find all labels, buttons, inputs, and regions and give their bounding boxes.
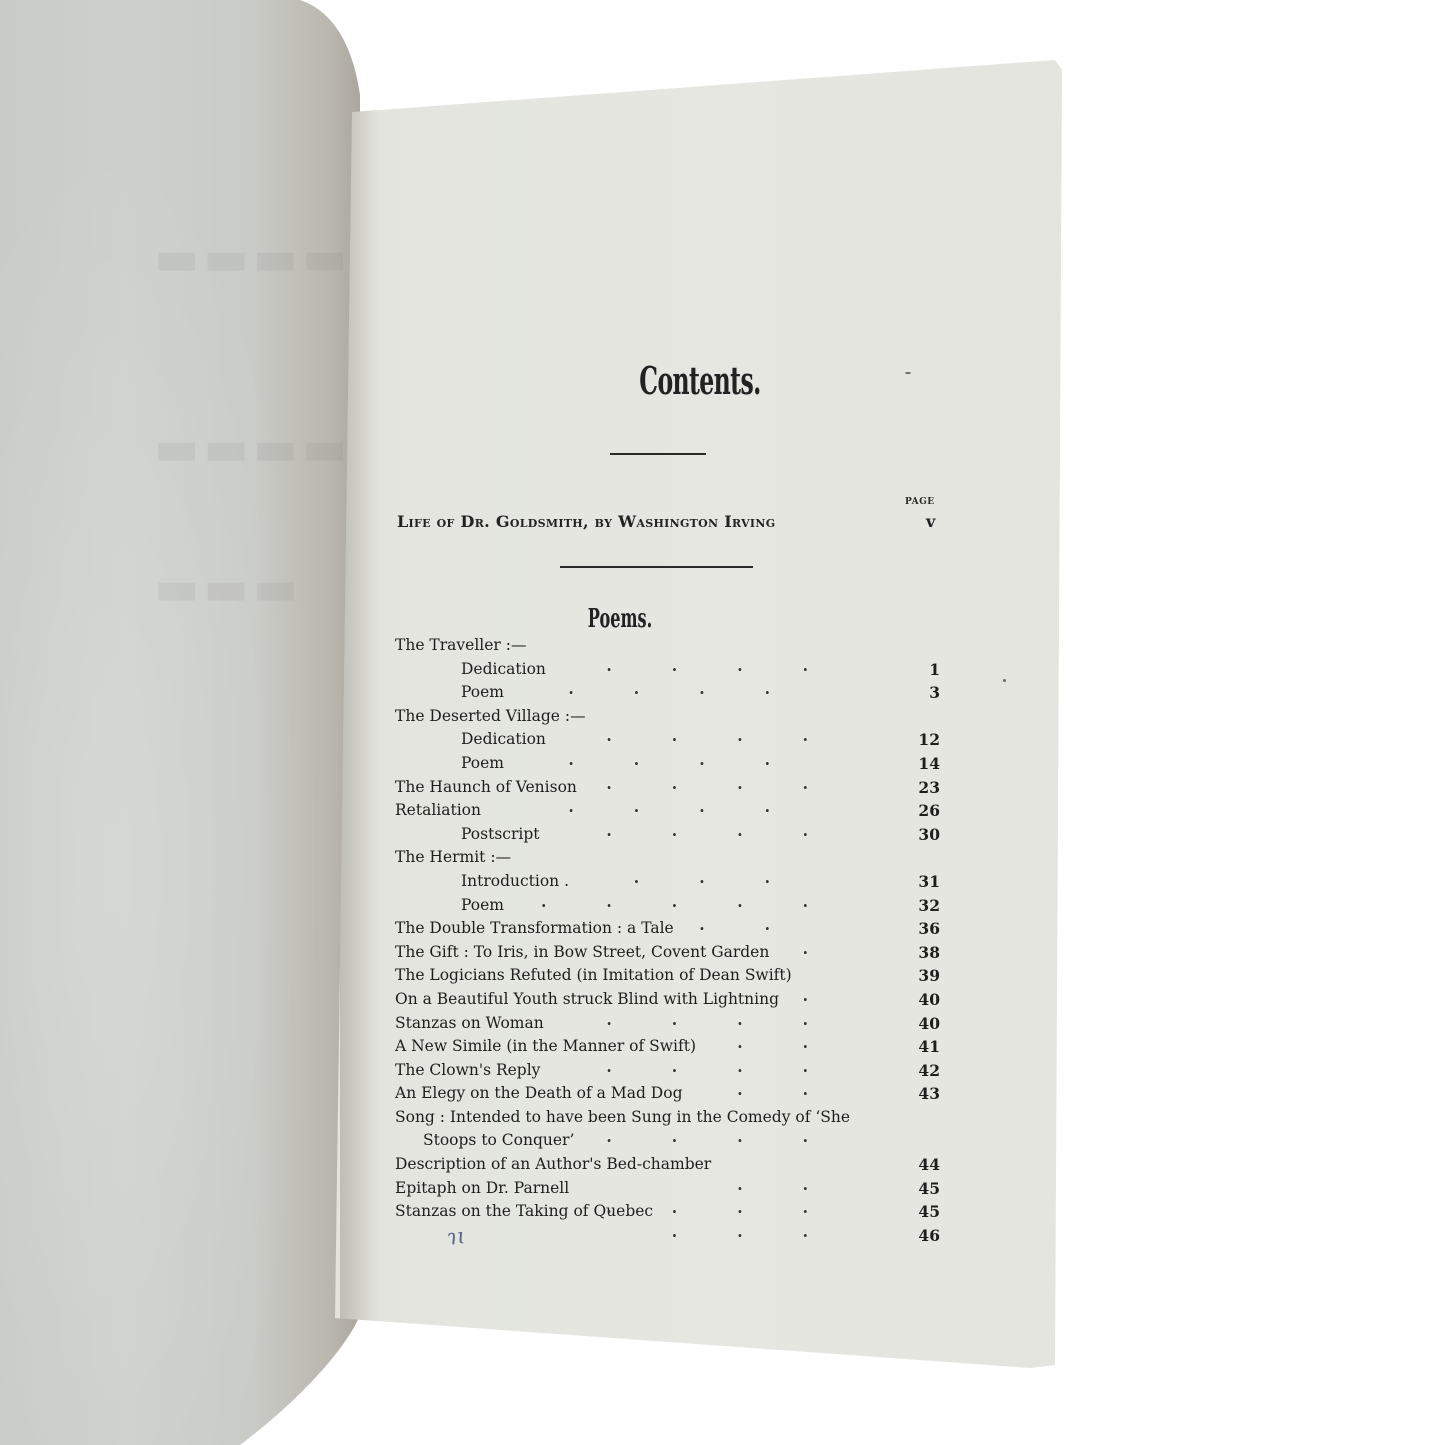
divider-rule [560,566,753,568]
toc-entry: Stanzas on Woman····40 [395,1012,940,1036]
leader-dots: ···· [606,658,868,682]
contents-heading: Contents. [607,358,793,403]
toc-entry: The Gift : To Iris, in Bow Street, Coven… [395,941,940,965]
toc-entry: Stoops to Conquer’···· [395,1129,940,1153]
toc-entry: Poem·····32 [395,894,940,918]
toc-entry-page: 42 [900,1059,940,1083]
leader-dots: ·· [737,1177,868,1201]
toc-entry-page: 26 [900,799,940,823]
toc-entry: The Clown's Reply····42 [395,1059,940,1083]
toc-entry-title: The Clown's Reply [395,1059,540,1083]
toc-entry-page: 3 [900,681,940,705]
poems-section-heading: Poems. [583,604,657,634]
toc-entry-page: 45 [900,1200,940,1224]
toc-entry-title: The Traveller :— [395,634,527,658]
leader-dots: ·· [737,1035,868,1059]
leader-dots: ···· [568,681,830,705]
toc-entry-title: Description of an Author's Bed-chamber [395,1153,711,1177]
toc-entry: The Haunch of Venison····23 [395,776,940,800]
toc-entry: Retaliation····26 [395,799,940,823]
toc-entry-title: Epitaph on Dr. Parnell [395,1177,569,1201]
toc-entry-title: A New Simile (in the Manner of Swift) [395,1035,696,1059]
toc-entry-page: 1 [900,658,940,682]
toc-entry-page: 45 [900,1177,940,1201]
toc-entry-title: Stanzas on Woman [395,1012,544,1036]
page-column-label: PAGE [905,497,935,507]
toc-entry-page: 14 [900,752,940,776]
toc-entry: Epitaph on Dr. Parnell··45 [395,1177,940,1201]
toc-entry: The Double Transformation : a Tale··36 [395,917,940,941]
toc-entry: An Elegy on the Death of a Mad Dog··43 [395,1082,940,1106]
toc-entry: Poem····14 [395,752,940,776]
toc-entry-page: 31 [900,870,940,894]
toc-entry-title: The Gift : To Iris, in Bow Street, Coven… [395,941,769,965]
leader-dots: ··· [634,870,830,894]
front-matter-entry-title: Life of Dr. Goldsmith, by Washington Irv… [397,512,775,531]
toc-entry-page: 46 [900,1224,940,1248]
toc-entry-page: 40 [900,988,940,1012]
toc-entry-page: 43 [900,1082,940,1106]
leader-dots: ···· [606,1129,868,1153]
toc-entry-page: 40 [900,1012,940,1036]
toc-entry-title: Dedication [461,728,546,752]
toc-entry: Introduction .···31 [395,870,940,894]
toc-entry-title: Retaliation [395,799,481,823]
toc-list: The Traveller :— Dedication····1 Poem···… [395,634,940,1247]
toc-entry-title: Dedication [461,658,546,682]
toc-entry-title: The Double Transformation : a Tale [395,917,674,941]
leader-dots: ··· [672,1224,868,1248]
toc-entry: Dedication····1 [395,658,940,682]
toc-entry: The Deserted Village :— [395,705,940,729]
toc-entry-title: Introduction . [461,870,569,894]
toc-entry-page: 12 [900,728,940,752]
leader-dots: ···· [606,776,868,800]
toc-entry: Dedication····12 [395,728,940,752]
leader-dots: · [803,941,868,965]
toc-entry-title: On a Beautiful Youth struck Blind with L… [395,988,779,1012]
leader-dots: ···· [568,799,830,823]
leader-dots: ···· [606,823,868,847]
paper-speck [905,372,911,374]
toc-entry-page: 41 [900,1035,940,1059]
contents-page: Contents. PAGE Life of Dr. Goldsmith, by… [0,0,1445,1445]
toc-entry: The Traveller :— [395,634,940,658]
paper-speck [1003,679,1006,682]
toc-entry-title: The Deserted Village :— [395,705,586,729]
front-matter-entry-page: v [926,512,935,531]
leader-dots: · [803,988,868,1012]
leader-dots: ···· [568,752,830,776]
leader-dots: ···· [606,1059,868,1083]
toc-entry: ···46 [395,1224,940,1248]
toc-entry-page: 44 [900,1153,940,1177]
leader-dots: ···· [606,1012,868,1036]
toc-entry-title: The Haunch of Venison [395,776,577,800]
toc-entry: On a Beautiful Youth struck Blind with L… [395,988,940,1012]
toc-entry: The Hermit :— [395,846,940,870]
toc-entry-title: Poem [461,681,504,705]
toc-entry-title: Song : Intended to have been Sung in the… [395,1106,850,1130]
toc-entry-title: Poem [461,894,504,918]
toc-entry: Stanzas on the Taking of Quebec····45 [395,1200,940,1224]
toc-entry-page: 38 [900,941,940,965]
leader-dots: ·· [737,1082,868,1106]
pencil-annotation: ɿɩ [446,1224,467,1251]
toc-entry-page: 32 [900,894,940,918]
toc-entry-title: Poem [461,752,504,776]
toc-entry: The Logicians Refuted (in Imitation of D… [395,964,940,988]
leader-dots: ···· [606,1200,868,1224]
toc-entry: Postscript····30 [395,823,940,847]
leader-dots: ·· [699,917,830,941]
leader-dots: ····· [541,894,868,918]
toc-entry-page: 36 [900,917,940,941]
leader-dots: ···· [606,728,868,752]
toc-entry-page: 23 [900,776,940,800]
toc-entry-title: Stoops to Conquer’ [423,1129,574,1153]
toc-entry: Song : Intended to have been Sung in the… [395,1106,940,1130]
divider-rule [610,453,706,455]
toc-entry-page: 30 [900,823,940,847]
toc-entry-page: 39 [900,964,940,988]
toc-entry: Description of an Author's Bed-chamber44 [395,1153,940,1177]
toc-entry-title: The Hermit :— [395,846,511,870]
toc-entry-title: An Elegy on the Death of a Mad Dog [395,1082,683,1106]
toc-entry: A New Simile (in the Manner of Swift)··4… [395,1035,940,1059]
toc-entry-title: Postscript [461,823,539,847]
toc-entry-title: The Logicians Refuted (in Imitation of D… [395,964,792,988]
toc-entry: Poem····3 [395,681,940,705]
